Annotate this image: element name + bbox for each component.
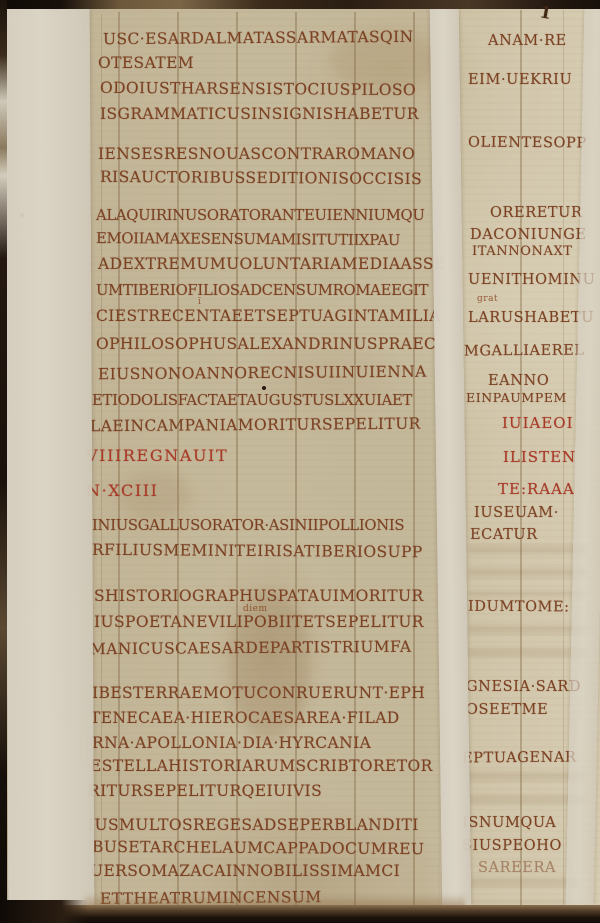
text-line: IDUMTOME: bbox=[468, 600, 570, 615]
text-line: ISGRAMMATICUSINSIGNISHABETUR bbox=[100, 107, 419, 123]
text-line: EIUSNONOANNORECNISUIINUIENNA bbox=[98, 365, 427, 383]
text-line: CIESTRECENTAEETSEPTUAGINTAMILIA bbox=[96, 309, 441, 325]
text-line: LAEINCAMPANIAMORITURSEPELITUR bbox=[90, 417, 421, 435]
text-line: IENSESRESNOUASCONTRAROMANO bbox=[98, 147, 415, 163]
text-line: OTESATEM bbox=[98, 56, 194, 72]
text-line: GNESIA·SARD bbox=[466, 680, 581, 695]
gloss: diem bbox=[243, 604, 268, 614]
page-edge-bottom-corner bbox=[0, 900, 88, 923]
rubric-line: IUIAEOI bbox=[502, 416, 574, 431]
text-line: RISAUCTORIBUSSEDITIONISOCCISIS bbox=[100, 170, 422, 188]
gloss: ĩ bbox=[198, 297, 201, 307]
text-line: ALAQUIRINUSORATORANTEUIENNIUMQU bbox=[96, 209, 425, 224]
text-line: ETIODOLISFACTAETAUGUSTUSLXXUIAET bbox=[92, 394, 412, 409]
text-line: INIUSGALLUSORATOR·ASINIIPOLLIONIS bbox=[92, 519, 404, 534]
page-edge-left bbox=[0, 0, 7, 923]
text-line: TENECAEA·HIEROCAESAREA·FILAD bbox=[90, 711, 400, 727]
text-line: EIM·UEKRIU bbox=[468, 73, 572, 88]
text-line: MANICUSCAESARDEPARTISTRIUMFA bbox=[90, 640, 412, 658]
text-line: USC·ESARDALMATASSARMATASQIN bbox=[103, 30, 414, 48]
rubric-line: ILISTEN bbox=[503, 450, 576, 465]
text-line: SHISTORIOGRAPHUSPATAUIMORITUR bbox=[94, 589, 424, 605]
text-line: IUSMULTOSREGESADSEPERBLANDITI bbox=[88, 818, 419, 834]
text-line: ANAM·RE bbox=[488, 34, 567, 49]
text-line: EMOIIAMAXESENSUMAMISITUTIIXPAU bbox=[96, 232, 400, 249]
text-line: MGALLIAEREL bbox=[464, 344, 585, 359]
rubric-line: VIIIREGNAUIT bbox=[86, 448, 228, 464]
text-line: LARUSHABETU bbox=[468, 311, 594, 326]
guard-strip-left bbox=[4, 9, 95, 905]
text-line: IBESTERRAEMOTUCONRUERUNT·EPH bbox=[92, 686, 425, 702]
text-line: EINPAUMPEM bbox=[466, 392, 567, 405]
rubric-line: TE:RAAA bbox=[498, 482, 575, 497]
text-line: ISNUMQUA bbox=[462, 816, 556, 831]
ink-speck bbox=[262, 386, 266, 390]
text-line: DACONIUNGE bbox=[470, 228, 587, 243]
text-line: UENITHOMINU bbox=[468, 273, 596, 288]
text-line: SIUSPEOHO bbox=[462, 839, 562, 854]
rubric-line: N·XCIII bbox=[86, 483, 159, 499]
text-line: OSEETME bbox=[466, 703, 548, 718]
text-line: ITANNONAXT bbox=[472, 245, 573, 258]
text-line: OLIENTESOPP bbox=[468, 136, 587, 151]
text-line: EPTUAGENAR bbox=[462, 751, 577, 766]
show-through bbox=[470, 878, 578, 904]
text-line: ORERETUR bbox=[490, 206, 583, 221]
text-line: OPHILOSOPHUSALEXANDRINUSPRAEC bbox=[96, 337, 436, 353]
text-line: RFILIUSMEMINITEIRISATIBERIOSUPP bbox=[92, 543, 423, 561]
text-line: IUSPOETANEVILIPOBIITETSEPELITUR bbox=[94, 615, 424, 631]
manuscript-photo: USC·ESARDALMATASSARMATASQIN OTESATEM ODO… bbox=[0, 0, 600, 923]
text-line: ECATUR bbox=[470, 528, 538, 543]
text-line: UERSOMAZACAINNOBILISSIMAMCI bbox=[90, 864, 400, 880]
page-edge-bottom bbox=[0, 905, 600, 923]
text-line: ESTELLAHISTORIARUMSCRIBTORETOR bbox=[90, 759, 433, 775]
page-edge-top bbox=[0, 0, 600, 9]
text-line: ADEXTREMUMUOLUNTARIAMEDIAASSE bbox=[98, 257, 446, 273]
text-line: RITURSEPELITURQEIUIVIS bbox=[88, 784, 322, 800]
text-line: RNA·APOLLONIA·DIA·HYRCANIA bbox=[92, 736, 371, 752]
text-line: EANNO bbox=[488, 374, 549, 389]
text-line: ODOIUSTHARSENSISTOCIUSPILOSO bbox=[100, 81, 416, 99]
text-line: UMTIBERIOFILIOSADCENSUMROMAEEGIT bbox=[96, 284, 428, 299]
show-through bbox=[468, 545, 586, 597]
text-line: IUSEUAM· bbox=[474, 506, 559, 521]
text-line: BUSETARCHELAUMCAPPADOCUMREU bbox=[92, 840, 424, 858]
text-line: SAREERA bbox=[478, 861, 556, 876]
show-through bbox=[468, 625, 586, 667]
gloss: grat bbox=[477, 294, 498, 304]
